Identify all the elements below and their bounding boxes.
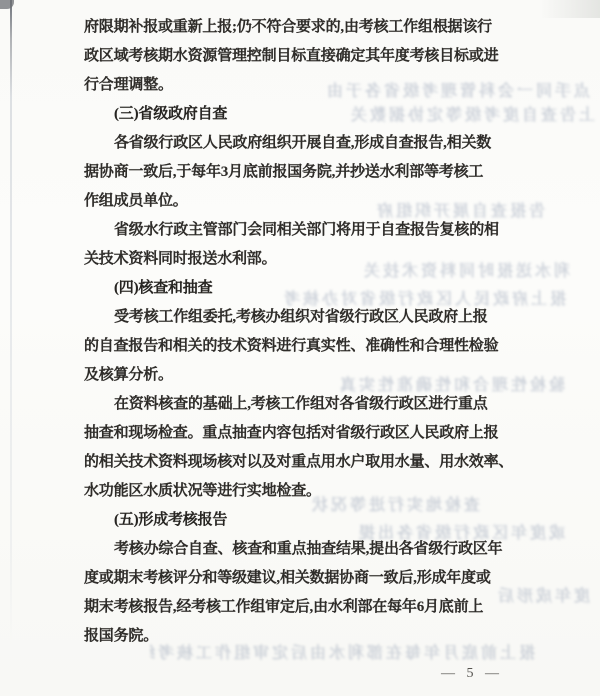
text-line: 报国务院。 (84, 622, 516, 651)
text-line: 考核办综合自查、核查和重点抽查结果,提出各省级行政区年 (84, 535, 516, 564)
text-line: 在资料核查的基础上,考核工作组对各省级行政区进行重点 (84, 390, 516, 419)
text-line: 度或期末考核评分和等级建议,相关数据协商一致后,形成年度或 (84, 564, 516, 593)
text-line: 关技术资料同时报送水利部。 (84, 245, 516, 274)
text-line: 府限期补报或重新上报;仍不符合要求的,由考核工作组根据该行 (84, 13, 516, 42)
page-number: — 5 — (441, 666, 500, 682)
text-line: 的自查报告和相关的技术资料进行真实性、准确性和合理性检验 (84, 332, 516, 361)
text-line: 政区域考核期水资源管理控制目标直接确定其年度考核目标或进 (84, 42, 516, 71)
text-line: 受考核工作组委托,考核办组织对省级行政区人民政府上报 (84, 303, 516, 332)
text-line: 水功能区水质状况等进行实地检查。 (84, 477, 516, 506)
section-heading: (四)核查和抽查 (84, 274, 516, 303)
scanned-document-page: 点手同一会科管理考级省各于由上告查自度考级等定协据数关告报查自展开织组府利水送报… (0, 0, 600, 696)
text-line: 及核算分析。 (84, 361, 516, 390)
text-line: 省级水行政主管部门会同相关部门将用于自查报告复核的相 (84, 216, 516, 245)
section-heading: (五)形成考核报告 (84, 506, 516, 535)
text-line: 各省级行政区人民政府组织开展自查,形成自查报告,相关数 (84, 129, 516, 158)
text-line: 据协商一致后,于每年3月底前报国务院,并抄送水利部等考核工 (84, 158, 516, 187)
text-line: 期末考核报告,经考核工作组审定后,由水利部在每年6月底前上 (84, 593, 516, 622)
text-line: 的相关技术资料现场核对以及对重点用水户取用水量、用水效率、 (84, 448, 516, 477)
text-line: 行合理调整。 (84, 71, 516, 100)
text-line: 作组成员单位。 (84, 187, 516, 216)
document-text-block: 府限期补报或重新上报;仍不符合要求的,由考核工作组根据该行政区域考核期水资源管理… (84, 13, 516, 651)
section-heading: (三)省级政府自查 (84, 100, 516, 129)
text-line: 抽查和现场检查。重点抽查内容包括对省级行政区人民政府上报 (84, 419, 516, 448)
